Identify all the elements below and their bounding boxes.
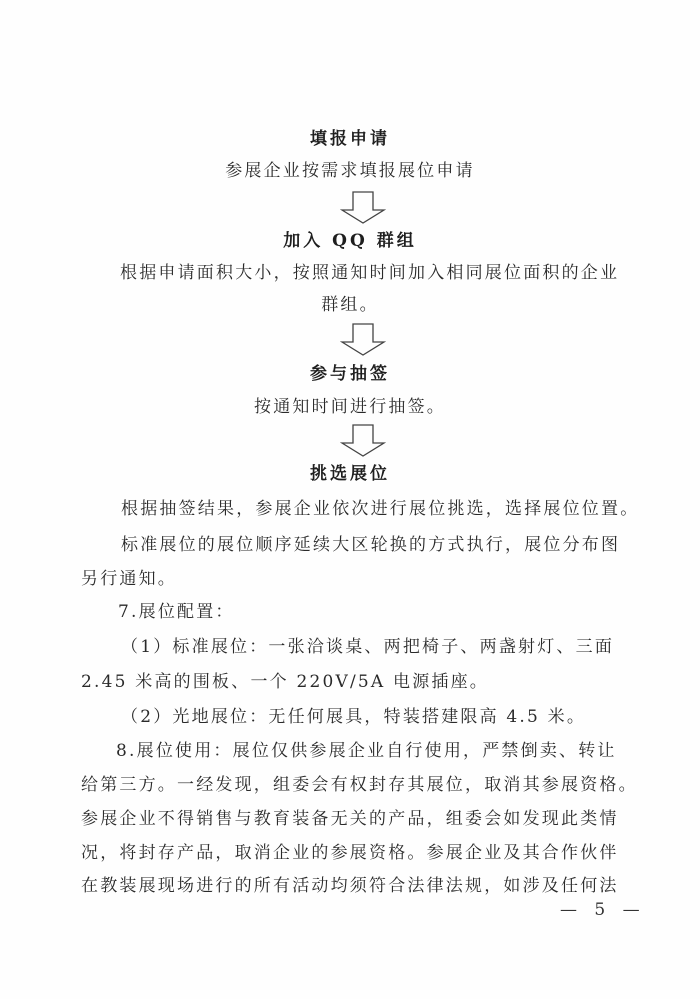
- down-arrow-icon: [340, 191, 386, 225]
- flow-step-title-select-booth: 挑选展位: [0, 463, 700, 485]
- paragraph-line: 2.45 米高的围板、一个 220V/5A 电源插座。: [81, 671, 489, 693]
- paragraph-line: 标准展位的展位顺序延续大区轮换的方式执行，展位分布图: [121, 534, 620, 556]
- paragraph-line: 况，将封存产品，取消企业的参展资格。参展企业及其合作伙伴: [81, 842, 619, 864]
- paragraph-line: 在教装展现场进行的所有活动均须符合法律法规，如涉及任何法: [81, 875, 619, 897]
- paragraph-line: 参展企业不得销售与教育装备无关的产品，组委会如发现此类情: [81, 808, 619, 830]
- down-arrow-icon: [340, 424, 386, 458]
- paragraph-line: 另行通知。: [81, 568, 177, 590]
- flow-step-desc-draw-lots: 按通知时间进行抽签。: [0, 396, 700, 418]
- page-number: — 5 —: [560, 900, 646, 920]
- paragraph-line: （2）光地展位：无任何展具，特装搭建限高 4.5 米。: [121, 706, 586, 728]
- paragraph-line: 给第三方。一经发现，组委会有权封存其展位，取消其参展资格。: [81, 774, 638, 796]
- paragraph-line: （1）标准展位：一张洽谈桌、两把椅子、两盏射灯、三面: [121, 636, 614, 658]
- flow-step-title-join-qq-group: 加入 QQ 群组: [0, 230, 700, 252]
- flow-step-desc-join-qq-group-line2: 群组。: [0, 294, 700, 316]
- flow-step-desc-join-qq-group-line1: 根据申请面积大小，按照通知时间加入相同展位面积的企业: [120, 262, 619, 284]
- section-heading-booth-usage: 8.展位使用：展位仅供参展企业自行使用，严禁倒卖、转让: [116, 740, 617, 762]
- flow-step-desc-apply: 参展企业按需求填报展位申请: [0, 160, 700, 182]
- paragraph-line: 根据抽签结果，参展企业依次进行展位挑选，选择展位位置。: [121, 498, 639, 520]
- down-arrow-icon: [340, 323, 386, 357]
- flow-step-title-draw-lots: 参与抽签: [0, 363, 700, 385]
- flow-step-title-apply: 填报申请: [0, 128, 700, 150]
- document-page: 填报申请 参展企业按需求填报展位申请 加入 QQ 群组 根据申请面积大小，按照通…: [0, 0, 700, 999]
- section-heading-booth-configuration: 7.展位配置：: [118, 601, 235, 623]
